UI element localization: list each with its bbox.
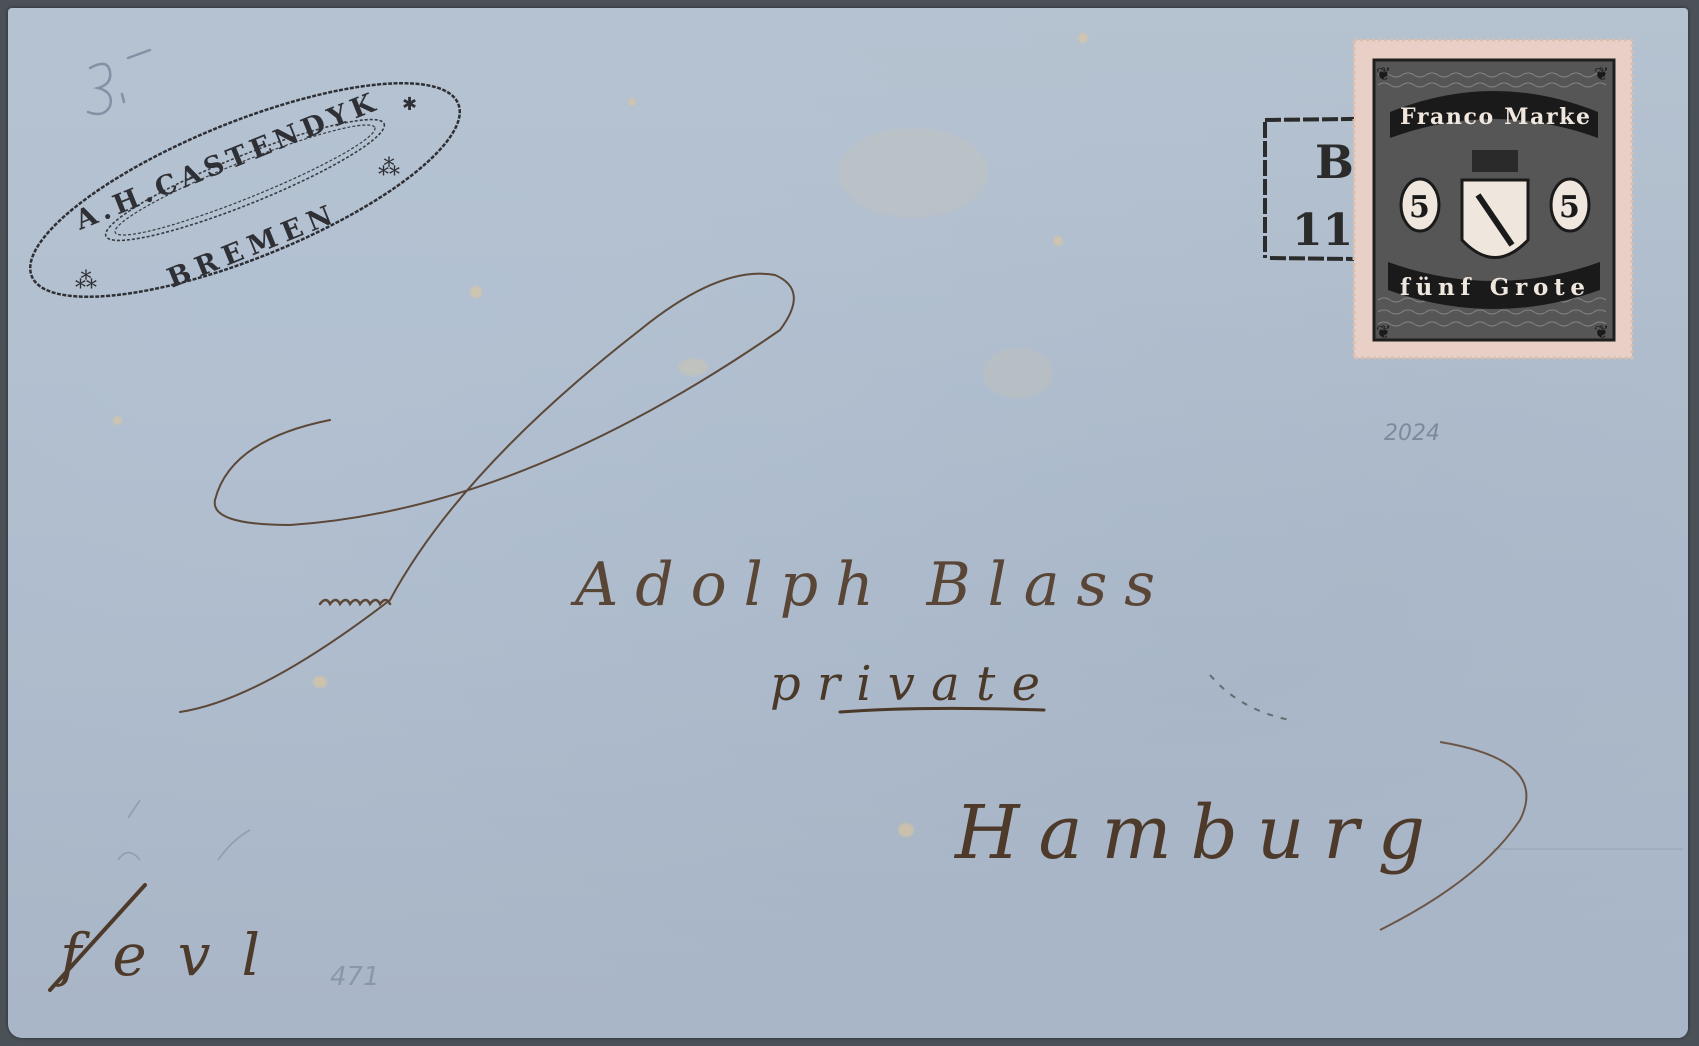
- address-city: Hamburg: [953, 790, 1425, 876]
- address-salutation: Herrn: [320, 609, 323, 611]
- address-name: Adolph Blass: [570, 550, 1155, 620]
- stamp-bottom-text: fünf Grote: [1400, 274, 1585, 301]
- svg-text:❦: ❦: [1594, 64, 1609, 85]
- docket-text: fevl: [56, 921, 260, 989]
- postage-stamp: Franco Marke 5 5 fünf Grote ❦ ❦ ❦ ❦: [1354, 40, 1632, 358]
- star-ornament: ⁂: [378, 156, 400, 181]
- star-ornament: ✱: [402, 94, 417, 115]
- faint-pencil-marks: [118, 800, 250, 860]
- svg-text:❦: ❦: [1594, 322, 1609, 343]
- cachet-name: A.H.CASTENDYK: [70, 87, 381, 237]
- pencil-note-top-left: [88, 50, 150, 114]
- address-note: private: [770, 656, 1040, 712]
- stamp-value-left: 5: [1409, 190, 1430, 225]
- stamp-value-right: 5: [1559, 190, 1580, 225]
- postmark-date: 11: [1292, 205, 1353, 256]
- svg-text:❦: ❦: [1376, 322, 1391, 343]
- faint-postmark-arc: [1210, 675, 1290, 720]
- pencil-note-bottom: 471: [330, 962, 380, 992]
- star-ornament: ⁂: [75, 269, 97, 294]
- pencil-note-right: 2024: [1384, 421, 1440, 446]
- cachet-city: BREMEN: [163, 200, 337, 294]
- handwriting-herrn: [180, 274, 794, 712]
- postmark-city: B: [1315, 135, 1354, 189]
- sender-cachet: A.H.CASTENDYK BREMEN ✱ ⁂ ⁂: [6, 41, 483, 339]
- svg-text:❦: ❦: [1376, 64, 1391, 85]
